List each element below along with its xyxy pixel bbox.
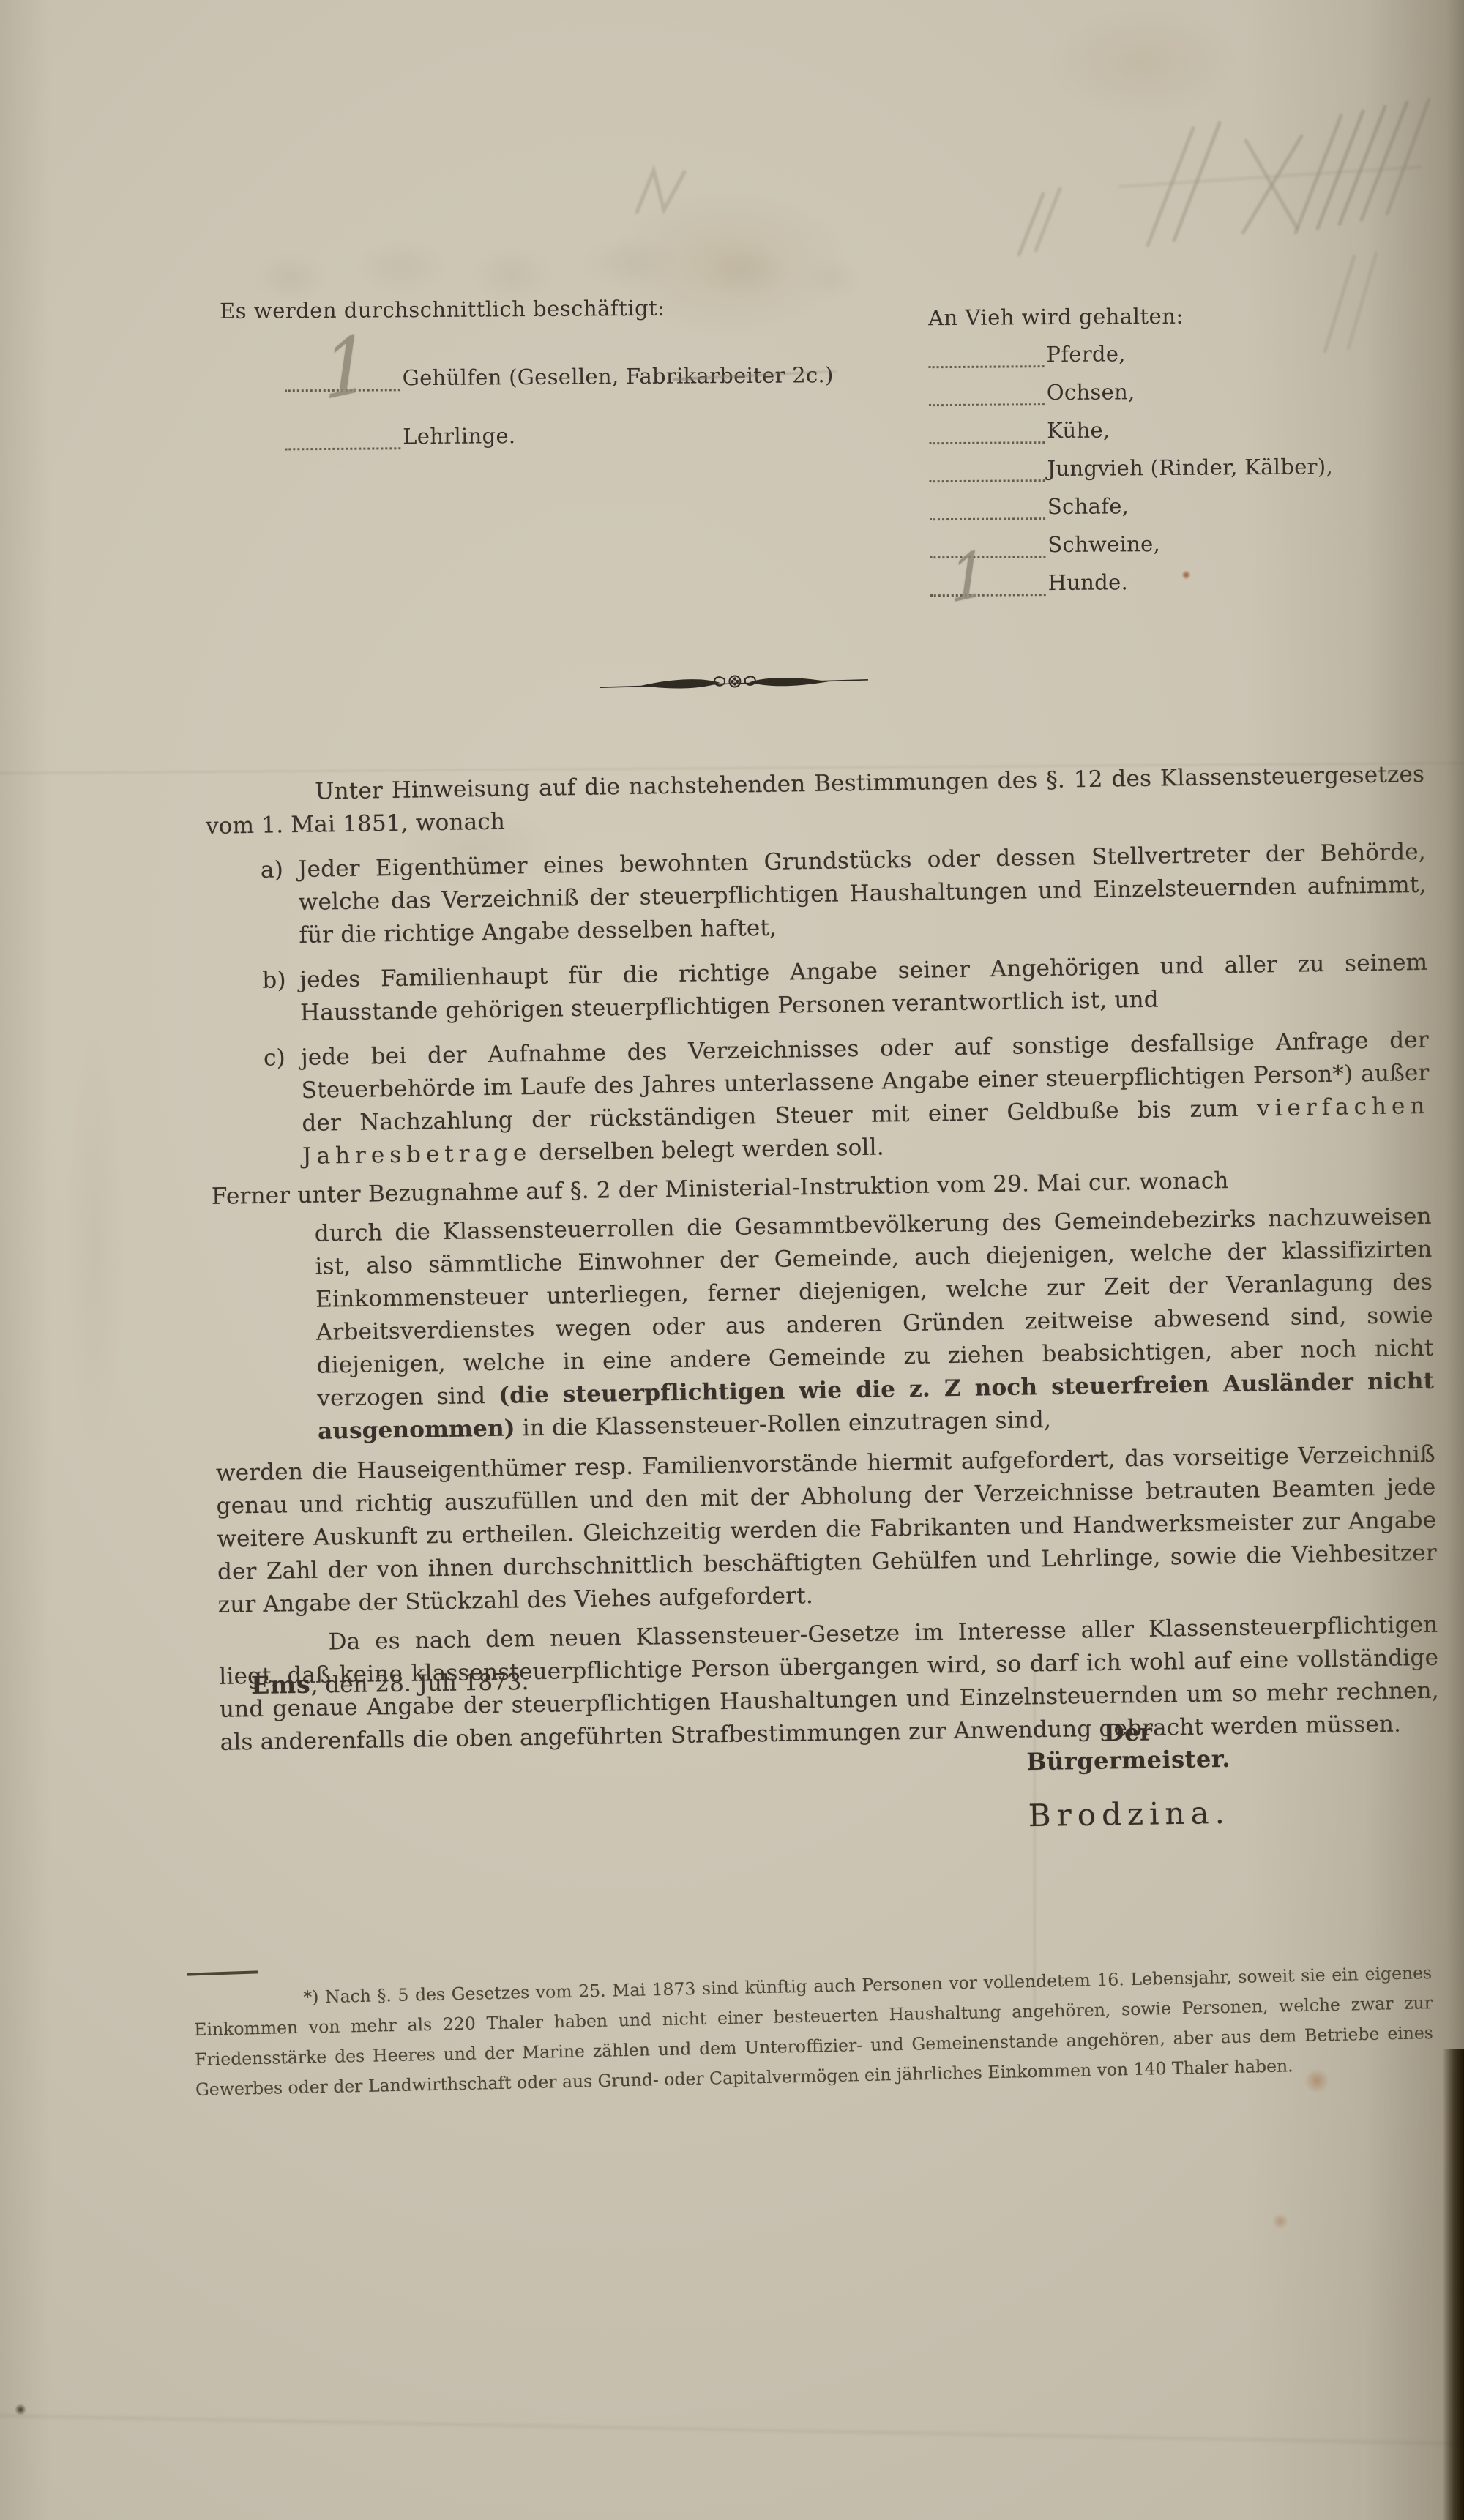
fill-in-header: Es werden durchschnittlich beschäftigt: … [0, 0, 1462, 1]
dotted-leader [930, 532, 1045, 558]
dotted-leader [929, 380, 1045, 406]
book-binding-edge [1442, 2049, 1464, 2520]
section-divider-ornament-icon [599, 660, 872, 708]
dotted-leader [929, 418, 1045, 444]
dotted-leader [285, 424, 400, 450]
employment-row-lehrlinge: Lehrlinge. [285, 420, 894, 451]
footnote-rule [187, 1970, 258, 1975]
employment-row-gehuelfen: 1 Gehülfen (Gesellen, Fabrikarbeiter 2c.… [285, 362, 894, 392]
scanned-document-page: Es werden durchschnittlich beschäftigt: … [0, 0, 1464, 2520]
page-edge-shadow [1244, 0, 1464, 2520]
dateline-place: Ems [251, 1670, 311, 1700]
item-c-marker: c) [264, 1042, 286, 1074]
signature-name: Brodzina. [1004, 1794, 1254, 1833]
employment-row-label: Lehrlinge. [400, 422, 515, 449]
employment-row-label: Gehülfen (Gesellen, Fabrikarbeiter 2c.) [400, 362, 834, 391]
item-a-marker: a) [261, 853, 284, 886]
item-b-marker: b) [262, 964, 286, 998]
dateline-date: , den 28. Juli 1873. [310, 1669, 529, 1699]
page-edge-shadow [0, 0, 51, 2520]
paper-stain [66, 1025, 124, 1464]
dotted-leader [929, 456, 1045, 482]
dotted-leader [930, 494, 1045, 520]
employment-heading: Es werden durchschnittlich beschäftigt: [220, 294, 893, 324]
dotted-leader [928, 342, 1044, 368]
dotted-leader [930, 570, 1046, 597]
dateline: Ems, den 28. Juli 1873. [251, 1667, 529, 1700]
pencil-scribble [626, 157, 706, 238]
signature-block: Der Bürgermeister. Brodzina. [1004, 1716, 1254, 1833]
signature-title: Der Bürgermeister. [1004, 1716, 1253, 1776]
employment-section: Es werden durchschnittlich beschäftigt: … [220, 294, 894, 451]
dotted-leader [285, 365, 400, 392]
